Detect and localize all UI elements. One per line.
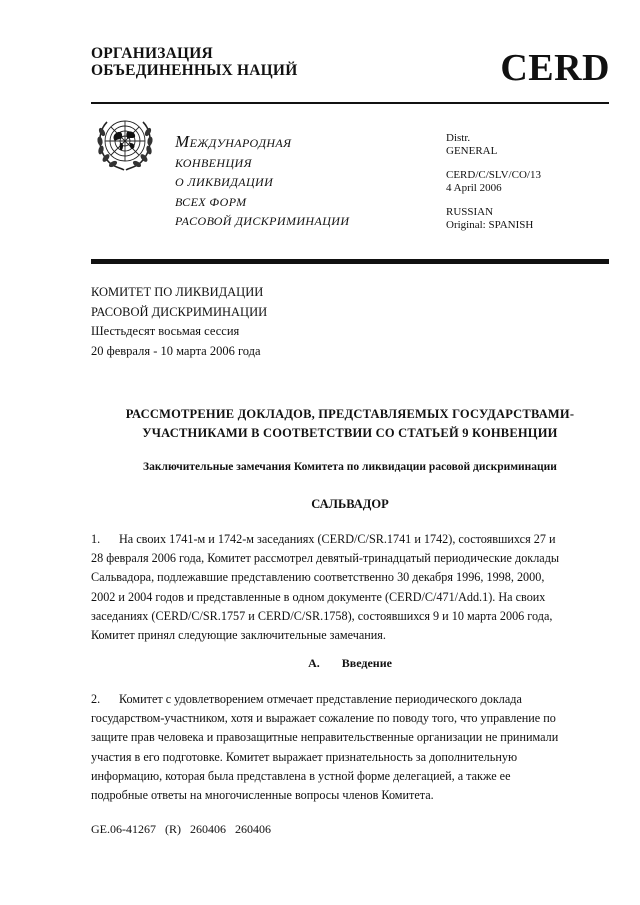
convention-line-2: КОНВЕНЦИЯ bbox=[175, 154, 349, 174]
distr-label: Distr. bbox=[446, 132, 541, 145]
header-rule bbox=[91, 102, 609, 104]
title-line-2: УЧАСТНИКАМИ В СООТВЕТСТВИИ СО СТАТЬЕЙ 9 … bbox=[91, 424, 609, 443]
country-heading: САЛЬВАДОР bbox=[91, 497, 609, 511]
paragraph-line: информацию, которая была представлена в … bbox=[91, 767, 611, 786]
paragraph-line: 1.На своих 1741-м и 1742-м заседаниях (C… bbox=[91, 530, 611, 549]
convention-line-3: О ЛИКВИДАЦИИ bbox=[175, 173, 349, 193]
committee-line-2: РАСОВОЙ ДИСКРИМИНАЦИИ bbox=[91, 303, 267, 323]
original-language: Original: SPANISH bbox=[446, 219, 541, 232]
paragraph-number: 1. bbox=[91, 530, 119, 549]
paragraph-line: заседаниях (CERD/C/SR.1757 и CERD/C/SR.1… bbox=[91, 607, 611, 626]
committee-line-1: КОМИТЕТ ПО ЛИКВИДАЦИИ bbox=[91, 283, 267, 303]
document-language: RUSSIAN bbox=[446, 206, 541, 219]
paragraph-number: 2. bbox=[91, 690, 119, 709]
section-title: Введение bbox=[342, 656, 392, 670]
header-thick-rule bbox=[91, 259, 609, 264]
job-number-footer: GE.06-41267 (R) 260406 260406 bbox=[91, 822, 271, 836]
document-date: 4 April 2006 bbox=[446, 182, 541, 195]
paragraph-line: Сальвадора, подлежавшие представлению со… bbox=[91, 568, 611, 587]
org-line-2: ОБЪЕДИНЕННЫХ НАЦИЙ bbox=[91, 62, 297, 79]
section-heading-a: A.Введение bbox=[91, 656, 609, 670]
document-subtitle: Заключительные замечания Комитета по лик… bbox=[91, 460, 609, 474]
distribution-block: Distr. GENERAL CERD/C/SLV/CO/13 4 April … bbox=[446, 132, 541, 231]
committee-block: КОМИТЕТ ПО ЛИКВИДАЦИИ РАСОВОЙ ДИСКРИМИНА… bbox=[91, 283, 267, 361]
paragraph-1: 1.На своих 1741-м и 1742-м заседаниях (C… bbox=[91, 530, 611, 645]
session-name: Шестьдесят восьмая сессия bbox=[91, 322, 267, 342]
distr-value: GENERAL bbox=[446, 145, 541, 158]
convention-line-1: МЕЖДУНАРОДНАЯ bbox=[175, 132, 349, 154]
document-series-symbol: CERD bbox=[500, 48, 610, 88]
convention-line-5: РАСОВОЙ ДИСКРИМИНАЦИИ bbox=[175, 212, 349, 232]
organization-name: ОРГАНИЗАЦИЯ ОБЪЕДИНЕННЫХ НАЦИЙ bbox=[91, 45, 297, 79]
document-title: РАССМОТРЕНИЕ ДОКЛАДОВ, ПРЕДСТАВЛЯЕМЫХ ГО… bbox=[91, 405, 609, 443]
paragraph-line: защите прав человека и правозащитные неп… bbox=[91, 728, 611, 747]
section-letter: A. bbox=[308, 656, 320, 670]
convention-line-4: ВСЕХ ФОРМ bbox=[175, 193, 349, 213]
convention-title: МЕЖДУНАРОДНАЯ КОНВЕНЦИЯ О ЛИКВИДАЦИИ ВСЕ… bbox=[175, 132, 349, 232]
paragraph-line: государством-участником, хотя и выражает… bbox=[91, 709, 611, 728]
org-line-1: ОРГАНИЗАЦИЯ bbox=[91, 45, 297, 62]
paragraph-line: 2002 и 2004 годов и представленные в одн… bbox=[91, 588, 611, 607]
title-line-1: РАССМОТРЕНИЕ ДОКЛАДОВ, ПРЕДСТАВЛЯЕМЫХ ГО… bbox=[91, 405, 609, 424]
paragraph-line: 2.Комитет с удовлетворением отмечает пре… bbox=[91, 690, 611, 709]
paragraph-line: участия в его подготовке. Комитет выража… bbox=[91, 748, 611, 767]
session-dates: 20 февраля - 10 марта 2006 года bbox=[91, 342, 267, 362]
document-symbol: CERD/C/SLV/CO/13 bbox=[446, 169, 541, 182]
paragraph-line: подробные ответы на многочисленные вопро… bbox=[91, 786, 611, 805]
paragraph-line: Комитет принял следующие заключительные … bbox=[91, 626, 611, 645]
paragraph-line: 28 февраля 2006 года, Комитет рассмотрел… bbox=[91, 549, 611, 568]
paragraph-2: 2.Комитет с удовлетворением отмечает пре… bbox=[91, 690, 611, 805]
un-emblem-icon bbox=[93, 110, 157, 174]
